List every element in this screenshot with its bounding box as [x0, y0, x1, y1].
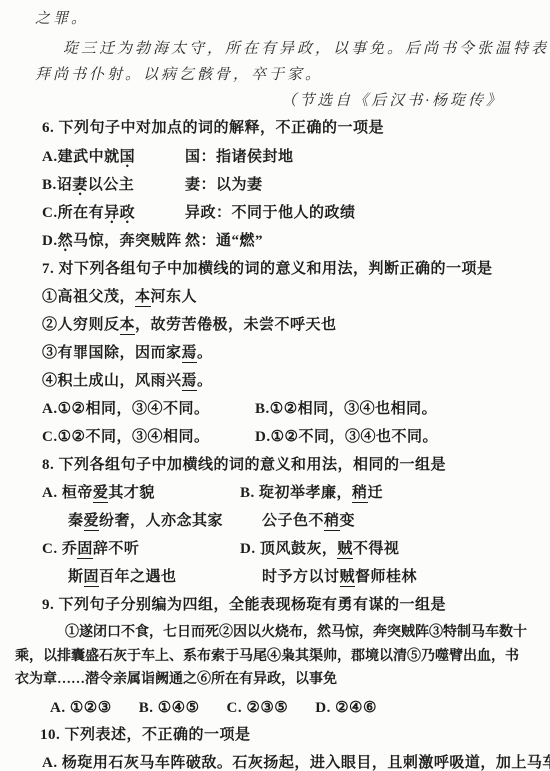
- q10-stem: 10. 下列表述，不正确的一项是: [40, 724, 251, 746]
- q7-option-a: A.①②相同，③④不同。: [42, 398, 209, 420]
- passage-line-3: 拜尚书仆射。以病乞骸骨，卒于家。: [35, 64, 323, 86]
- q6-option-b: B.诏妻以公主: [42, 174, 134, 196]
- passage-line-1: 之罪。: [35, 8, 89, 30]
- q6-option-a: A.建武中就国: [42, 146, 135, 168]
- q8-option-c-line-1: C. 乔固辞不听: [42, 538, 139, 560]
- q9-body-line-2: 乘，以排囊盛石灰于车上、系布索于马尾④枭其渠帅，郡境以清⑤乃噬臂出血，书: [15, 646, 519, 668]
- q8-option-c-line-2: 斯固百年之遇也: [68, 566, 177, 588]
- q9-option-a: A. ①②③: [50, 697, 112, 719]
- q7-option-c: C.①②不同，③④相同。: [42, 426, 209, 448]
- q7-sentence-4: ④积土成山，风雨兴焉。: [42, 370, 213, 392]
- q8-option-b-line-2: 公子色不稍变: [262, 510, 355, 532]
- q7-sentence-1: ①高祖父茂，本河东人: [42, 286, 197, 308]
- q7-option-b: B.①②相同，③④也相同。: [255, 398, 437, 420]
- q8-option-a-line-1: A. 桓帝爱其才貌: [42, 482, 155, 504]
- q8-option-d-line-1: D. 顶风鼓灰，贼不得视: [240, 538, 399, 560]
- q6-option-d-gloss: 然：通“燃”: [185, 230, 263, 252]
- q6-option-a-gloss: 国：指诸侯封地: [185, 146, 294, 168]
- exam-page: 之罪。 琁三迁为勃海太守，所在有异政，以事免。后尚书令张温特表荐之，征 拜尚书仆…: [0, 0, 550, 771]
- passage-line-2: 琁三迁为勃海太守，所在有异政，以事免。后尚书令张温特表荐之，征: [63, 38, 550, 60]
- q6-option-d: D.然马惊，奔突贼阵: [42, 230, 182, 252]
- q6-stem: 6. 下列句子中对加点的词的解释，不正确的一项是: [42, 117, 384, 139]
- q10-option-a: A. 杨琁用石灰马车阵破敌。石灰扬起，进入眼目，且刺激呼吸道，加上马车: [42, 752, 550, 771]
- q8-option-a-line-2: 秦爱纷奢，人亦念其家: [68, 510, 223, 532]
- q7-sentence-3: ③有罪国除，因而家焉。: [42, 342, 213, 364]
- q7-stem: 7. 对下列各组句子中加横线的词的意义和用法，判断正确的一项是: [42, 258, 493, 280]
- q6-option-b-gloss: 妻：以为妻: [185, 174, 263, 196]
- q8-stem: 8. 下列各组句子中加横线的词的意义和用法，相同的一组是: [42, 454, 446, 476]
- q9-option-d: D. ②④⑥: [315, 697, 377, 719]
- q6-option-c: C.所在有异政: [42, 202, 135, 224]
- q9-options-row: A. ①②③ B. ①④⑤ C. ②③⑤ D. ②④⑥: [50, 697, 377, 719]
- q6-option-c-gloss: 异政：不同于他人的政绩: [185, 202, 356, 224]
- q8-option-b-line-1: B. 琁初举孝廉，稍迁: [240, 482, 383, 504]
- q7-option-d: D.①②不同，③④也不同。: [255, 426, 438, 448]
- q9-body-line-3: 衣为章……潜令亲属诣阙通之⑥所在有异政，以事免: [15, 669, 337, 691]
- q9-option-b: B. ①④⑤: [139, 697, 200, 719]
- q9-body-line-1: ①遂闭口不食，七日而死②因以火烧布，然马惊，奔突贼阵③特制马车数十: [65, 622, 527, 644]
- q9-option-c: C. ②③⑤: [227, 697, 289, 719]
- passage-citation: （节选自《后汉书·杨琁传》: [281, 90, 504, 112]
- q7-sentence-2: ②人穷则反本，故劳苦倦极，未尝不呼天也: [42, 314, 337, 336]
- q9-stem: 9. 下列句子分别编为四组，全能表现杨琁有勇有谋的一组是: [42, 594, 446, 616]
- q8-option-d-line-2: 时予方以讨贼督师桂林: [262, 566, 417, 588]
